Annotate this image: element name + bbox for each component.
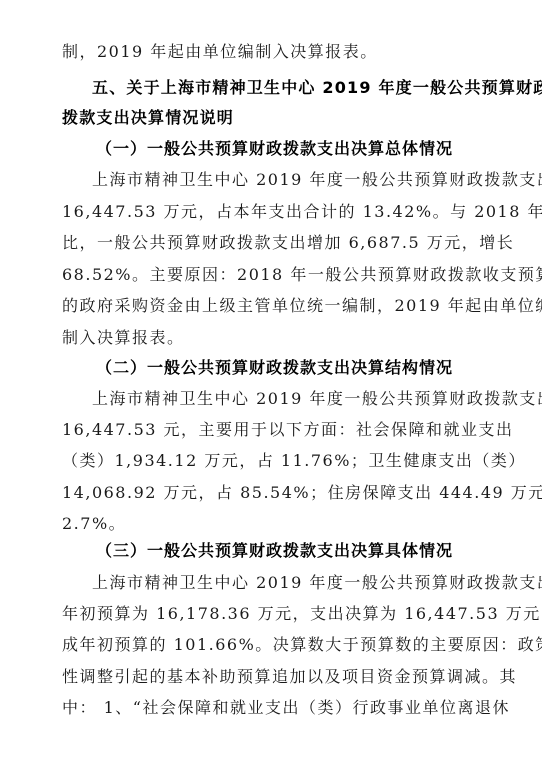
paragraph-line: 上海市精神卫生中心 2019 年度一般公共预算财政拨款支出 [92,170,542,190]
paragraph-line: 年初预算为 16,178.36 万元，支出决算为 16,447.53 万元，完 [62,604,542,624]
document-page: 制，2019 年起由单位编制入决算报表。五、关于上海市精神卫生中心 2019 年… [0,0,542,760]
paragraph-line: 性调整引起的基本补助预算追加以及项目资金预算调减。其 [62,667,517,687]
paragraph-line: 上海市精神卫生中心 2019 年度一般公共预算财政拨款支出 [92,389,542,409]
paragraph-line: 制，2019 年起由单位编制入决算报表。 [62,42,378,62]
paragraph-line: 14,068.92 万元，占 85.54%；住房保障支出 444.49 万元，占 [62,483,542,503]
paragraph-line: 上海市精神卫生中心 2019 年度一般公共预算财政拨款支出 [92,573,542,593]
section-heading: 拨款支出决算情况说明 [62,108,234,128]
paragraph-line: 2.7%。 [62,514,126,534]
section-heading: （一）一般公共预算财政拨款支出决算总体情况 [96,139,453,159]
section-heading: （三）一般公共预算财政拨款支出决算具体情况 [96,541,453,561]
paragraph-line: （类）1,934.12 万元，占 11.76%；卫生健康支出（类） [62,451,526,471]
paragraph-line: 中： 1、“社会保障和就业支出（类）行政事业单位离退休 [62,698,510,718]
section-heading: 五、关于上海市精神卫生中心 2019 年度一般公共预算财政 [92,78,542,98]
paragraph-line: 成年初预算的 101.66%。决算数大于预算数的主要原因：政策 [62,635,542,655]
paragraph-line: 68.52%。主要原因：2018 年一般公共预算财政拨款收支预算中 [62,265,542,285]
paragraph-line: 的政府采购资金由上级主管单位统一编制，2019 年起由单位编 [62,296,542,316]
paragraph-line: 比，一般公共预算财政拨款支出增加 6,687.5 万元，增长 [62,233,514,253]
section-heading: （二）一般公共预算财政拨款支出决算结构情况 [96,358,453,378]
paragraph-line: 16,447.53 元，主要用于以下方面：社会保障和就业支出 [62,420,514,440]
paragraph-line: 16,447.53 万元，占本年支出合计的 13.42%。与 2018 年度相 [62,202,542,222]
paragraph-line: 制入决算报表。 [62,328,185,348]
